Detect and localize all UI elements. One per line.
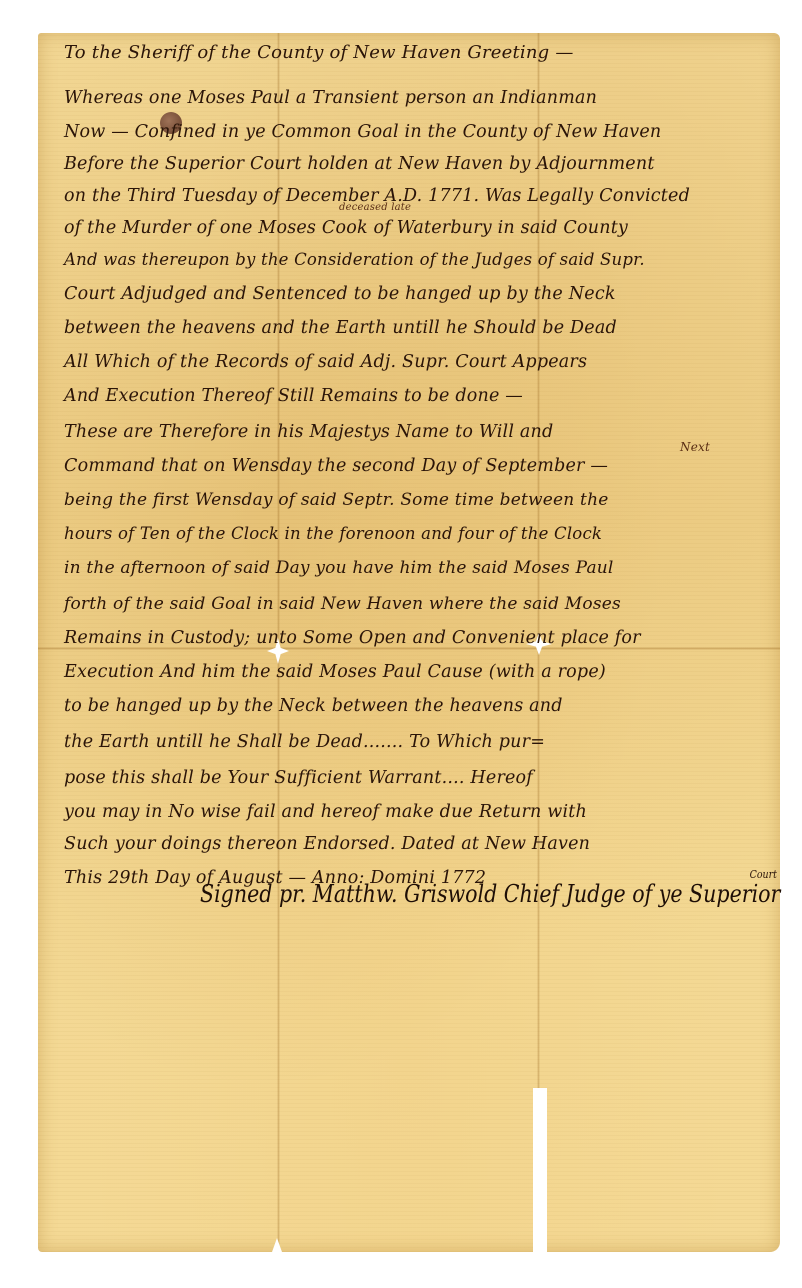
line-19: Execution And him the said Moses Paul Ca… (64, 662, 606, 682)
line-18: Remains in Custody; unto Some Open and C… (64, 628, 641, 648)
line-2: Whereas one Moses Paul a Transient perso… (64, 88, 597, 108)
line-9: between the heavens and the Earth untill… (64, 318, 617, 338)
line-17: forth of the said Goal in said New Haven… (64, 594, 621, 614)
line-8: Court Adjudged and Sentenced to be hange… (64, 284, 616, 304)
insert-next: Next (680, 440, 710, 454)
insert-deceased-late: deceased late (339, 202, 411, 213)
line-24: Such your doings thereon Endorsed. Dated… (64, 834, 590, 854)
line-20: to be hanged up by the Neck between the … (64, 696, 563, 716)
line-22: pose this shall be Your Sufficient Warra… (64, 768, 533, 788)
line-15: hours of Ten of the Clock in the forenoo… (64, 524, 602, 543)
line-16: in the afternoon of said Day you have hi… (64, 558, 614, 578)
signature-text: Signed pr. Matthw. Griswold Chief Judge … (200, 880, 780, 908)
line-1: To the Sheriff of the County of New Have… (64, 42, 574, 63)
line-14: being the first Wensday of said Septr. S… (64, 490, 608, 510)
line-11: And Execution Thereof Still Remains to b… (64, 386, 523, 406)
line-4: Before the Superior Court holden at New … (64, 154, 655, 174)
paper-tear-bottom (533, 1088, 547, 1252)
line-21: the Earth untill he Shall be Dead.......… (64, 732, 545, 752)
line-7: And was thereupon by the Consideration o… (64, 250, 645, 269)
line-12: These are Therefore in his Majestys Name… (64, 422, 553, 442)
paper-notch-bottom (272, 1238, 282, 1252)
line-13: Command that on Wensday the second Day o… (64, 456, 608, 476)
judge-signature: Signed pr. Matthw. Griswold Chief Judge … (200, 880, 780, 908)
line-10: All Which of the Records of said Adj. Su… (64, 352, 587, 372)
line-23: you may in No wise fail and hereof make … (64, 802, 587, 822)
line-6: of the Murder of one Moses Cook of Water… (64, 218, 628, 238)
signature-superscript: Court (750, 868, 777, 881)
line-3: Now — Confined in ye Common Goal in the … (64, 122, 661, 142)
